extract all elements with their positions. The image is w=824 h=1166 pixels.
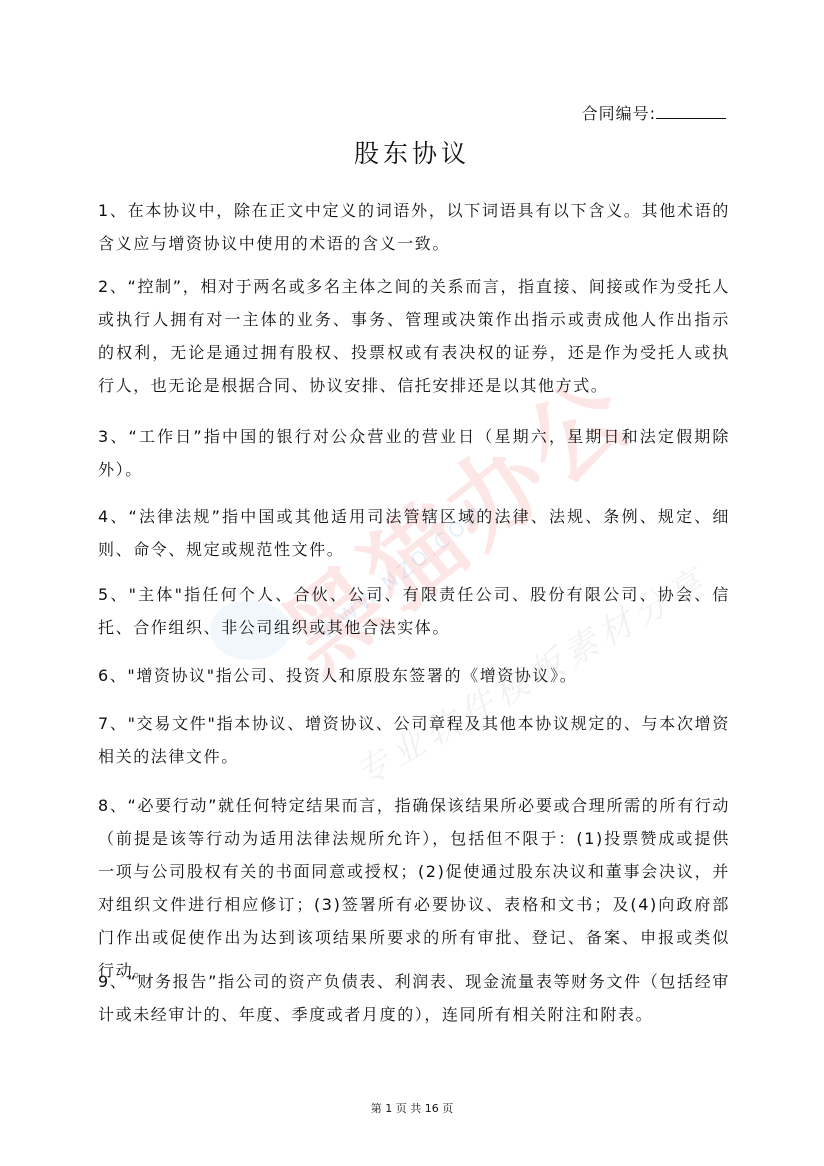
contract-number: 合同编号: <box>582 101 726 124</box>
paragraph-5: 5、"主体"指任何个人、合伙、公司、有限责任公司、股份有限公司、协会、信托、合作… <box>98 578 730 644</box>
contract-number-blank <box>656 104 726 119</box>
paragraph-3: 3、“工作日”指中国的银行对公众营业的营业日（星期六，星期日和法定假期除外）。 <box>98 420 730 486</box>
document-title: 股东协议 <box>0 134 824 170</box>
paragraph-6: 6、"增资协议"指公司、投资人和原股东签署的《增资协议》。 <box>98 659 730 692</box>
contract-number-label: 合同编号: <box>582 104 656 123</box>
paragraph-2: 2、“控制”，相对于两名或多名主体之间的关系而言，指直接、间接或作为受托人或执行… <box>98 270 730 402</box>
paragraph-1: 1、在本协议中，除在正文中定义的词语外，以下词语具有以下含义。其他术语的含义应与… <box>98 194 730 260</box>
page-number: 第 1 页 共 16 页 <box>0 1100 824 1116</box>
paragraph-8: 8、“必要行动”就任何特定结果而言，指确保该结果所必要或合理所需的所有行动（前提… <box>98 789 730 987</box>
paragraph-4: 4、“法律法规”指中国或其他适用司法管辖区域的法律、法规、条例、规定、细则、命令… <box>98 500 730 566</box>
paragraph-9: 9、“财务报告”指公司的资产负债表、利润表、现金流量表等财务文件（包括经审计或未… <box>98 965 730 1031</box>
paragraph-7: 7、"交易文件"指本协议、增资协议、公司章程及其他本协议规定的、与本次增资相关的… <box>98 707 730 773</box>
